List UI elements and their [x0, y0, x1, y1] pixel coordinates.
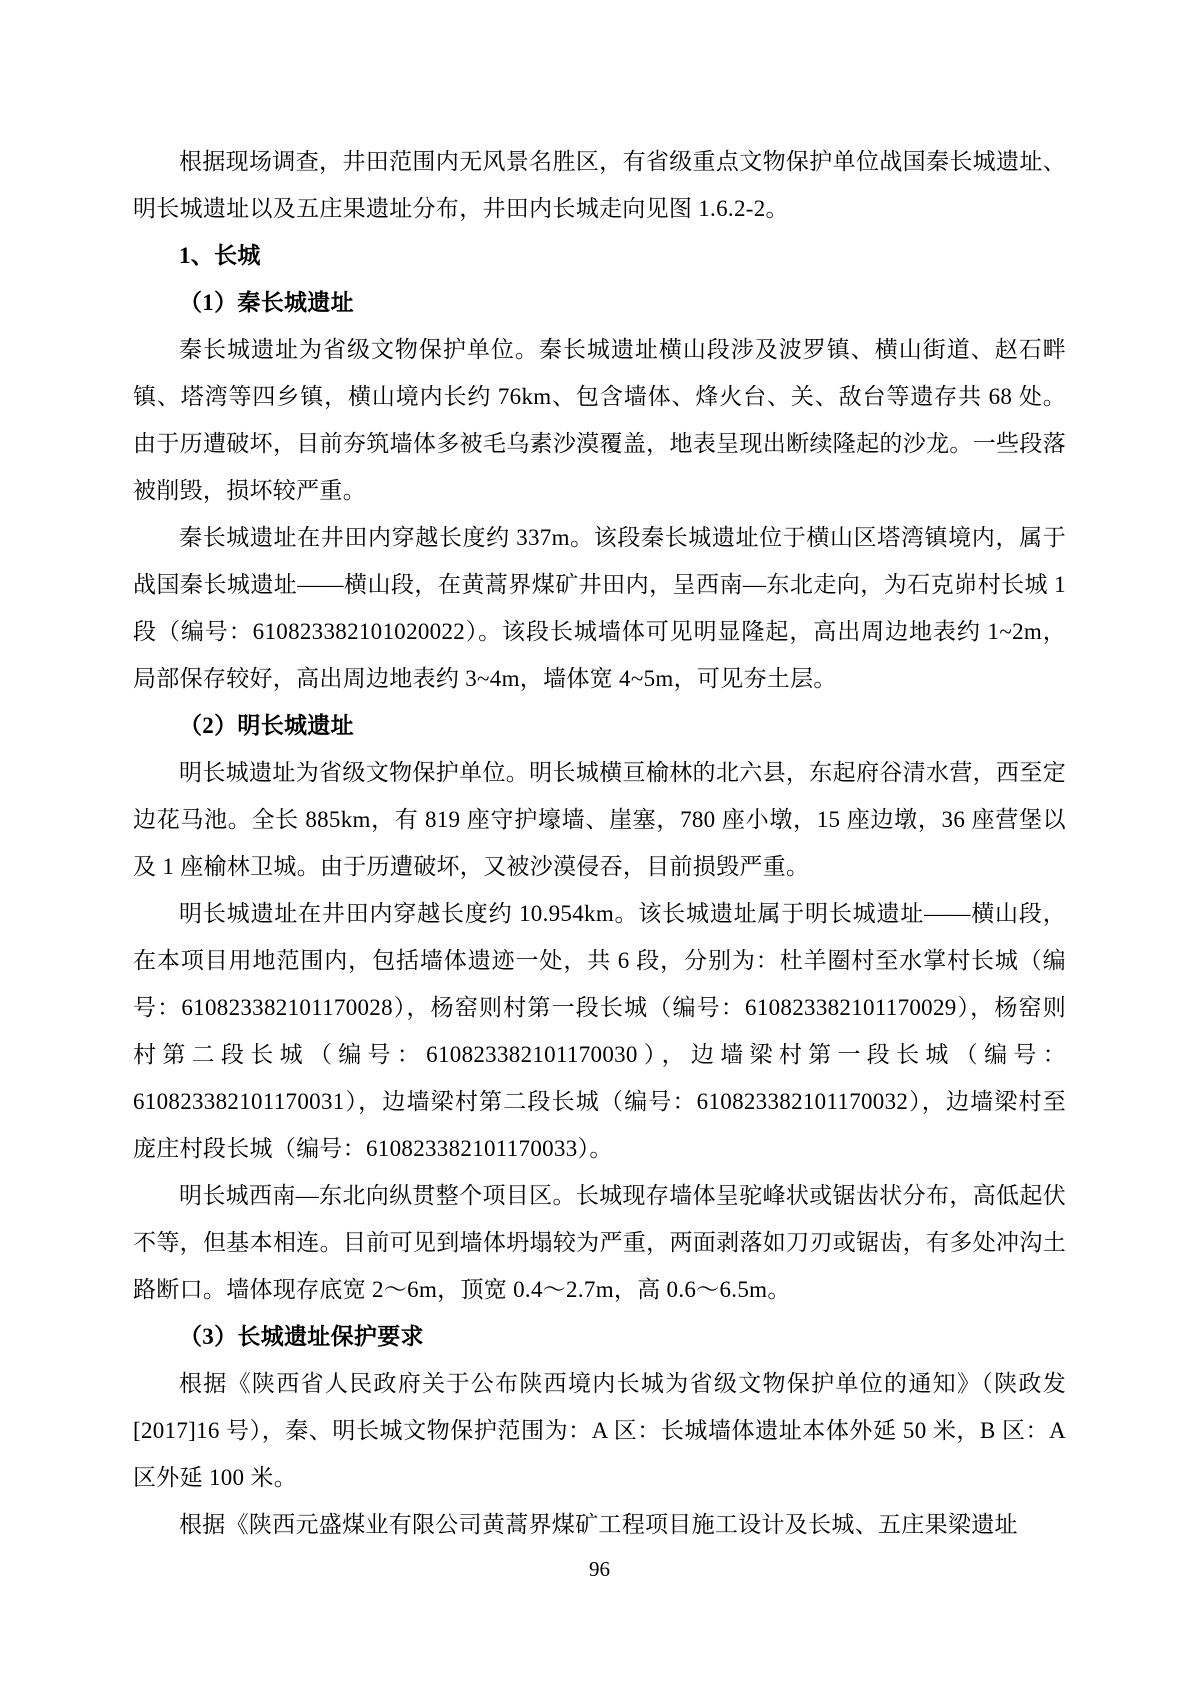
paragraph-qin-wall-description: 秦长城遗址为省级文物保护单位。秦长城遗址横山段涉及波罗镇、横山街道、赵石畔镇、塔… [133, 326, 1066, 514]
paragraph-construction-design: 根据《陕西元盛煤业有限公司黄蒿界煤矿工程项目施工设计及长城、五庄果梁遗址 [133, 1501, 1066, 1548]
paragraph-qin-wall-crossing: 秦长城遗址在井田内穿越长度约 337m。该段秦长城遗址位于横山区塔湾镇境内，属于… [133, 514, 1066, 702]
document-page: 根据现场调查，井田范围内无风景名胜区，有省级重点文物保护单位战国秦长城遗址、明长… [0, 0, 1199, 1696]
heading-qin-wall-site: （1）秦长城遗址 [133, 279, 1066, 326]
paragraph-ming-wall-crossing: 明长城遗址在井田内穿越长度约 10.954km。该长城遗址属于明长城遗址——横山… [133, 890, 1066, 1172]
heading-ming-wall-site: （2）明长城遗址 [133, 702, 1066, 749]
paragraph-survey-overview: 根据现场调查，井田范围内无风景名胜区，有省级重点文物保护单位战国秦长城遗址、明长… [133, 138, 1066, 232]
heading-great-wall: 1、长城 [133, 232, 1066, 279]
paragraph-ming-wall-description: 明长城遗址为省级文物保护单位。明长城横亘榆林的北六县，东起府谷清水营，西至定边花… [133, 749, 1066, 890]
document-body: 根据现场调查，井田范围内无风景名胜区，有省级重点文物保护单位战国秦长城遗址、明长… [133, 138, 1066, 1548]
heading-wall-protection-requirements: （3）长城遗址保护要求 [133, 1313, 1066, 1360]
page-number: 96 [0, 1556, 1199, 1582]
paragraph-protection-scope: 根据《陕西省人民政府关于公布陕西境内长城为省级文物保护单位的通知》（陕政发[20… [133, 1360, 1066, 1501]
paragraph-ming-wall-condition: 明长城西南—东北向纵贯整个项目区。长城现存墙体呈驼峰状或锯齿状分布，高低起伏不等… [133, 1172, 1066, 1313]
